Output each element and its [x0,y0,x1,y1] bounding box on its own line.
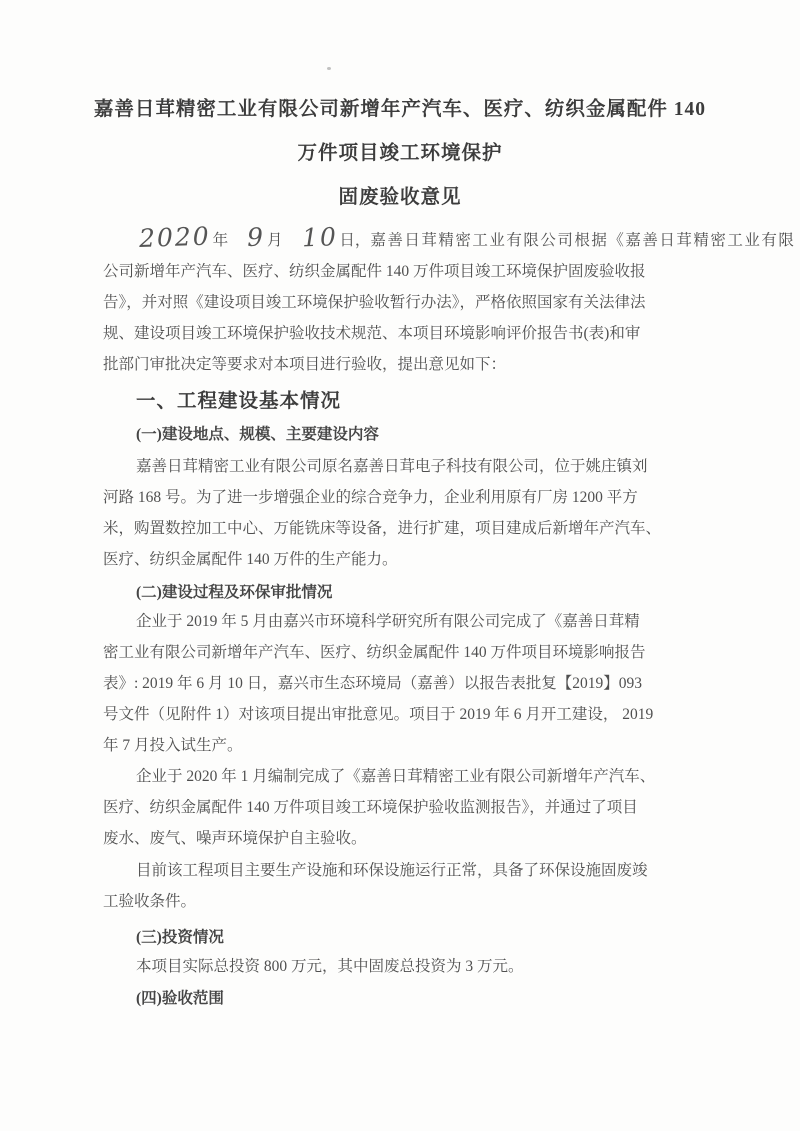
text-line: 固废验收意见 [0,176,800,220]
handwritten-month: 9 [228,221,268,253]
text-line: 公司新增年产汽车、医疗、纺织金属配件 140 万件项目竣工环境保护固废验收报 [103,256,693,287]
subsection-heading-2: (二)建设过程及环保审批情况 [103,577,693,608]
month-unit-label: 月 [267,232,283,249]
text-line: 嘉善日茸精密工业有限公司新增年产汽车、医疗、纺织金属配件 140 [0,88,800,132]
text-line: 嘉善日茸精密工业有限公司原名嘉善日茸电子科技有限公司，位于姚庄镇刘 [103,451,693,482]
subsection-heading-4: (四)验收范围 [103,983,693,1014]
text-line: 告》，并对照《建设项目竣工环境保护验收暂行办法》，严格依照国家有关法律法 [103,287,693,318]
intro-date-line: 2020年9月10日，嘉善日茸精密工业有限公司根据《嘉善日茸精密工业有限 [103,221,693,256]
text-line: 河路 168 号。为了进一步增强企业的综合竞争力，企业利用原有厂房 1200 平… [103,482,693,513]
paragraph-intro: 2020年9月10日，嘉善日茸精密工业有限公司根据《嘉善日茸精密工业有限 公司新… [103,221,693,380]
subsection-heading-3: (三)投资情况 [103,922,693,953]
day-unit-label: 日， [339,232,370,249]
document-page: 嘉善日茸精密工业有限公司新增年产汽车、医疗、纺织金属配件 140万件项目竣工环境… [0,0,800,1131]
paragraph-investment: 本项目实际总投资 800 万元，其中固废总投资为 3 万元。 [103,951,693,982]
text-line: 米，购置数控加工中心、万能铣床等设备，进行扩建，项目建成后新增年产汽车、 [103,513,693,544]
text-line: 医疗、纺织金属配件 140 万件的生产能力。 [103,544,693,575]
text-line: 规、建设项目竣工环境保护验收技术规范、本项目环境影响评价报告书(表)和审 [103,318,693,349]
year-unit-label: 年 [213,232,229,249]
paragraph-monitoring: 企业于 2020 年 1 月编制完成了《嘉善日茸精密工业有限公司新增年产汽车、医… [103,761,693,854]
document-title: 嘉善日茸精密工业有限公司新增年产汽车、医疗、纺织金属配件 140万件项目竣工环境… [0,88,800,220]
text-line: 目前该工程项目主要生产设施和环保设施运行正常，具备了环保设施固废竣 [103,855,693,886]
document-body: 2020年9月10日，嘉善日茸精密工业有限公司根据《嘉善日茸精密工业有限 公司新… [103,221,693,1014]
section-heading-1: 一、工程建设基本情况 [103,386,693,417]
text-line: 废水、废气、噪声环境保护自主验收。 [103,823,693,854]
paragraph-status: 目前该工程项目主要生产设施和环保设施运行正常，具备了环保设施固废竣工验收条件。 [103,855,693,917]
text-line: 表》: 2019 年 6 月 10 日，嘉兴市生态环境局（嘉善）以报告表批复【2… [103,668,693,699]
text-line: 医疗、纺织金属配件 140 万件项目竣工环境保护验收监测报告》，并通过了项目 [103,792,693,823]
intro-first-line-text: 嘉善日茸精密工业有限公司根据《嘉善日茸精密工业有限 [370,232,795,249]
text-line: 企业于 2020 年 1 月编制完成了《嘉善日茸精密工业有限公司新增年产汽车、 [103,761,693,792]
handwritten-year: 2020 [120,220,214,254]
handwritten-day: 10 [282,221,340,254]
subsection-heading-1: (一)建设地点、规模、主要建设内容 [103,419,693,450]
text-line: 万件项目竣工环境保护 [0,132,800,176]
paragraph-location: 嘉善日茸精密工业有限公司原名嘉善日茸电子科技有限公司，位于姚庄镇刘河路 168 … [103,451,693,575]
text-line: 号文件（见附件 1）对该项目提出审批意见。项目于 2019 年 6 月开工建设，… [103,699,693,730]
text-line: 工验收条件。 [103,886,693,917]
paragraph-approval: 企业于 2019 年 5 月由嘉兴市环境科学研究所有限公司完成了《嘉善日茸精密工… [103,606,693,761]
text-line: 密工业有限公司新增年产汽车、医疗、纺织金属配件 140 万件项目环境影响报告 [103,637,693,668]
text-line: 本项目实际总投资 800 万元，其中固废总投资为 3 万元。 [103,951,693,982]
scan-speck [327,67,331,70]
text-line: 年 7 月投入试生产。 [103,730,693,761]
text-line: 批部门审批决定等要求对本项目进行验收，提出意见如下： [103,349,693,380]
text-line: 企业于 2019 年 5 月由嘉兴市环境科学研究所有限公司完成了《嘉善日茸精 [103,606,693,637]
